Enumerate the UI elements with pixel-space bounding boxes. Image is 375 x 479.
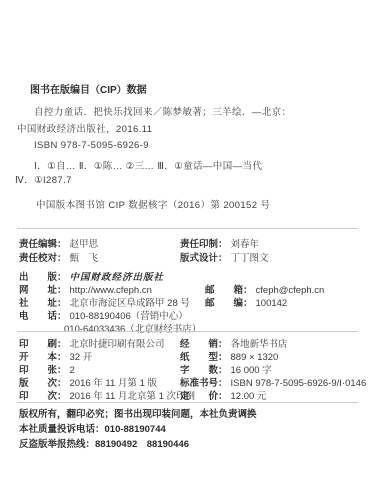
distributor-label: 经 销： [180,339,228,350]
word-count-row: 字 数：16 000 字 [180,365,272,377]
phone-label: 电 话： [19,311,67,322]
divider-middle [17,331,358,332]
distributor-row: 经 销：各地新华书店 [180,339,288,351]
zipcode-row: 邮 编：100142 [205,298,287,310]
sheets-row: 印 张：2 [19,365,75,377]
print-supervisor-label: 责任印制： [180,239,228,250]
phone-value-2: 010-64033436（北京财经书店） [64,324,201,335]
paper-label: 纸 型： [180,352,228,363]
staff-row-layout-designer: 版式设计：丁丁图文 [180,253,269,265]
layout-designer-label: 版式设计： [180,253,228,264]
distributor-value: 各地新华书店 [231,339,288,350]
publisher-name: 中国财政经济出版社 [70,272,165,283]
cip-entry-line1: 自控力童话．把快乐找回来／陈梦敏著；三羊绘．—北京： [34,107,291,119]
sheets-label: 印 张： [19,365,67,376]
editor-label: 责任编辑： [19,239,67,250]
email-row: 邮 箱：cfeph@cfeph.cn [205,285,324,297]
phone-row: 电 话：010-88190406（营销中心） [19,311,188,323]
copyright-notice: 版权所有，翻印必究；图书出现印装问题，本社负责调换 [19,409,257,421]
phone-value-1: 010-88190406（营销中心） [70,311,188,322]
staff-row-proofreader: 责任校对：甄 飞 [19,253,98,265]
cip-record-number: 中国版本图书馆 CIP 数据核字（2016）第 200152 号 [36,200,270,212]
paper-row: 纸 型：889 × 1320 [180,352,278,364]
email-label: 邮 箱： [205,285,253,296]
copyright-page: 图书在版编目（CIP）数据 自控力童话．把快乐找回来／陈梦敏著；三羊绘．—北京：… [0,0,375,479]
website-value: http://www.cfeph.cn [70,285,152,296]
format-value: 32 开 [70,352,93,363]
price-value: 12.00 元 [231,391,267,402]
publish-label: 出 版： [19,272,67,283]
book-number-label: 标准书号： [180,378,228,389]
printer-label: 印 刷： [19,339,67,350]
format-label: 开 本： [19,352,67,363]
publisher-row: 出 版：中国财政经济出版社 [19,272,164,284]
classification-line2: Ⅳ．①I287.7 [15,175,72,187]
anti-piracy-hotline-line: 反盗版举报热线：88190492 88190446 [19,439,189,451]
classification-line1: Ⅰ．①自… Ⅱ．①陈… ②三… Ⅲ．①童话—中国—当代 [34,161,262,173]
isbn-line: ISBN 978-7-5095-6926-9 [34,140,149,152]
quality-complaint-line: 本社质量投诉电话：010-88190744 [19,424,166,436]
proofreader-label: 责任校对： [19,253,67,264]
divider-bottom [17,402,358,403]
phone-row-2: 010-64033436（北京财经书店） [64,324,201,336]
printer-value: 北京时捷印刷有限公司 [70,339,165,350]
zipcode-value: 100142 [256,298,288,309]
address-row: 社 址：北京市海淀区阜成路甲 28 号 [19,298,190,310]
printer-row: 印 刷：北京时捷印刷有限公司 [19,339,165,351]
layout-designer-value: 丁丁图文 [231,253,269,264]
sheets-value: 2 [70,365,75,376]
format-row: 开 本：32 开 [19,352,92,364]
word-count-label: 字 数： [180,365,228,376]
zipcode-label: 邮 编： [205,298,253,309]
divider-top [17,228,358,229]
edition-value: 2016 年 11 月第 1 版 [70,378,157,389]
editor-value: 赵甲思 [70,239,99,250]
impression-value: 2016 年 11 月北京第 1 次印刷 [70,391,195,402]
book-number-row: 标准书号：ISBN 978-7-5095-6926-9/I·0146 [180,378,366,390]
address-label: 社 址： [19,298,67,309]
cip-header: 图书在版编目（CIP）数据 [30,85,147,97]
paper-value: 889 × 1320 [231,352,279,363]
edition-row: 版 次：2016 年 11 月第 1 版 [19,378,157,390]
website-row: 网 址：http://www.cfeph.cn [19,285,152,297]
cip-entry-line2: 中国财政经济出版社，2016.11 [17,124,152,136]
email-value: cfeph@cfeph.cn [256,285,325,296]
word-count-value: 16 000 字 [231,365,272,376]
website-label: 网 址： [19,285,67,296]
address-value: 北京市海淀区阜成路甲 28 号 [70,298,190,309]
staff-row-print-supervisor: 责任印制：刘春年 [180,239,259,251]
book-number-value: ISBN 978-7-5095-6926-9/I·0146 [231,378,367,389]
staff-row-editor: 责任编辑：赵甲思 [19,239,98,251]
price-label: 定 价： [180,391,228,402]
proofreader-value: 甄 飞 [70,253,99,264]
impression-label: 印 次： [19,391,67,402]
print-supervisor-value: 刘春年 [231,239,260,250]
edition-label: 版 次： [19,378,67,389]
